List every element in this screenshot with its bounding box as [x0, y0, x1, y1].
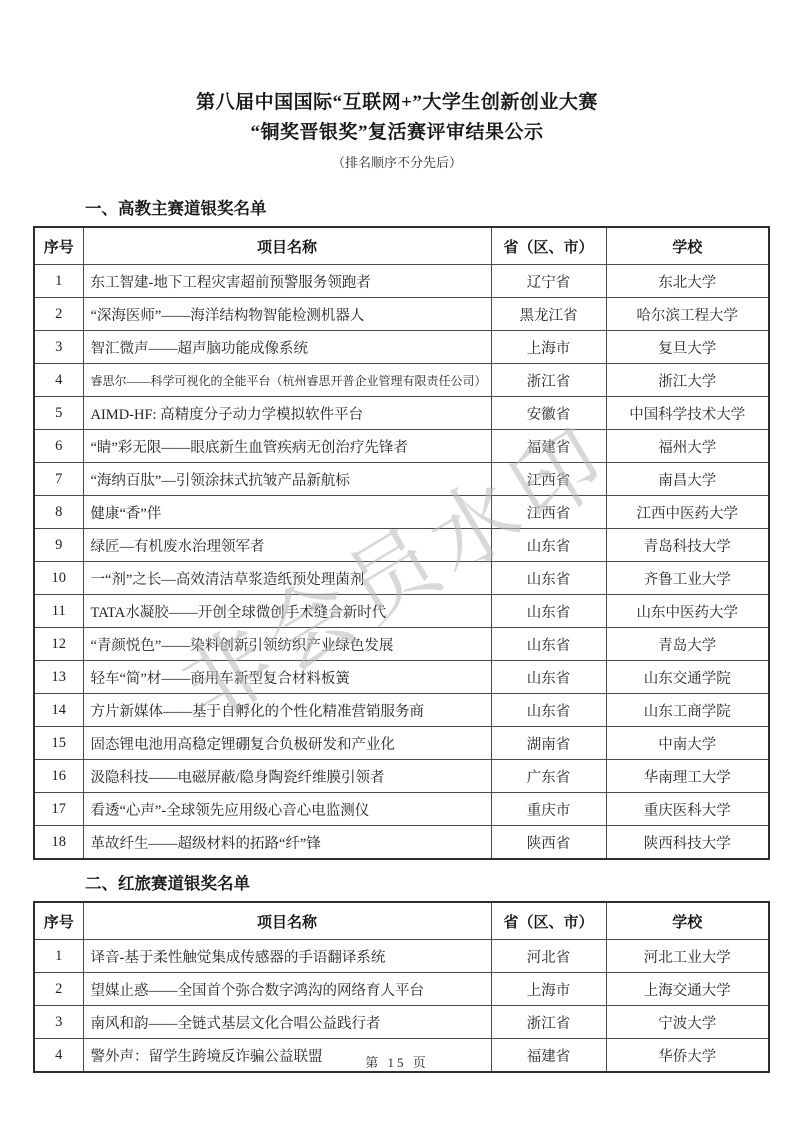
project-name-cell: 看透“心声”-全球领先应用级心音心电监测仪	[83, 793, 491, 826]
document-content: 一、高教主赛道银奖名单 序号 项目名称 省（区、市） 学校 1东工智建-地下工程…	[33, 198, 768, 1073]
table-row: 13轻车“简”材——商用车新型复合材料板簧山东省山东交通学院	[34, 661, 769, 694]
document-page: 非会员水印 第八届中国国际“互联网+”大学生创新创业大赛 “铜奖晋银奖”复活赛评…	[0, 0, 794, 1123]
table-row: 14方片新媒体——基于自孵化的个性化精准营销服务商山东省山东工商学院	[34, 694, 769, 727]
row-number-cell: 2	[34, 298, 83, 331]
province-cell: 湖南省	[491, 727, 606, 760]
row-number-cell: 8	[34, 496, 83, 529]
project-name-cell: 智汇微声——超声脑功能成像系统	[83, 331, 491, 364]
table-row: 1东工智建-地下工程灾害超前预警服务领跑者辽宁省东北大学	[34, 265, 769, 298]
table-row: 2“深海医师”——海洋结构物智能检测机器人黑龙江省哈尔滨工程大学	[34, 298, 769, 331]
row-number-cell: 15	[34, 727, 83, 760]
row-number-cell: 7	[34, 463, 83, 496]
province-cell: 黑龙江省	[491, 298, 606, 331]
table-row: 3智汇微声——超声脑功能成像系统上海市复旦大学	[34, 331, 769, 364]
school-cell: 宁波大学	[606, 1006, 769, 1039]
row-number-cell: 10	[34, 562, 83, 595]
school-cell: 陕西科技大学	[606, 826, 769, 860]
red-tour-track-silver-award-table: 序号 项目名称 省（区、市） 学校 1译音-基于柔性触觉集成传感器的手语翻译系统…	[33, 901, 770, 1073]
table-row: 1译音-基于柔性触觉集成传感器的手语翻译系统河北省河北工业大学	[34, 940, 769, 973]
column-header-project-name: 项目名称	[83, 227, 491, 265]
project-name-cell: “睛”彩无限——眼底新生血管疾病无创治疗先锋者	[83, 430, 491, 463]
document-title-line-2: “铜奖晋银奖”复活赛评审结果公示	[0, 118, 794, 148]
province-cell: 重庆市	[491, 793, 606, 826]
table-row: 8健康“香”伴江西省江西中医药大学	[34, 496, 769, 529]
row-number-cell: 1	[34, 265, 83, 298]
project-name-cell: 固态锂电池用高稳定锂硼复合负极研发和产业化	[83, 727, 491, 760]
column-header-province: 省（区、市）	[491, 902, 606, 940]
school-cell: 山东中医药大学	[606, 595, 769, 628]
province-cell: 福建省	[491, 430, 606, 463]
project-name-cell: “青颜悦色”——染料创新引领纺织产业绿色发展	[83, 628, 491, 661]
province-cell: 河北省	[491, 940, 606, 973]
project-name-cell: 一“剂”之长—高效清洁草浆造纸预处理菌剂	[83, 562, 491, 595]
document-title-line-1: 第八届中国国际“互联网+”大学生创新创业大赛	[0, 88, 794, 118]
table-header-row: 序号 项目名称 省（区、市） 学校	[34, 227, 769, 265]
school-cell: 重庆医科大学	[606, 793, 769, 826]
column-header-school: 学校	[606, 902, 769, 940]
table-row: 11TATA水凝胶——开创全球微创手术缝合新时代山东省山东中医药大学	[34, 595, 769, 628]
province-cell: 辽宁省	[491, 265, 606, 298]
school-cell: 浙江大学	[606, 364, 769, 397]
row-number-cell: 14	[34, 694, 83, 727]
column-header-index: 序号	[34, 902, 83, 940]
table-row: 17看透“心声”-全球领先应用级心音心电监测仪重庆市重庆医科大学	[34, 793, 769, 826]
column-header-index: 序号	[34, 227, 83, 265]
project-name-cell: AIMD-HF: 高精度分子动力学模拟软件平台	[83, 397, 491, 430]
province-cell: 江西省	[491, 496, 606, 529]
row-number-cell: 3	[34, 1006, 83, 1039]
school-cell: 华南理工大学	[606, 760, 769, 793]
project-name-cell: 轻车“简”材——商用车新型复合材料板簧	[83, 661, 491, 694]
column-header-project-name: 项目名称	[83, 902, 491, 940]
row-number-cell: 3	[34, 331, 83, 364]
school-cell: 中南大学	[606, 727, 769, 760]
table-row: 2望媒止惑——全国首个弥合数字鸿沟的网络育人平台上海市上海交通大学	[34, 973, 769, 1006]
row-number-cell: 9	[34, 529, 83, 562]
table-row: 4睿思尔——科学可视化的全能平台（杭州睿思开普企业管理有限责任公司）浙江省浙江大…	[34, 364, 769, 397]
table-row: 9绿匠—有机废水治理领军者山东省青岛科技大学	[34, 529, 769, 562]
province-cell: 山东省	[491, 529, 606, 562]
table-row: 7“海纳百肽”—引领涂抹式抗皱产品新航标江西省南昌大学	[34, 463, 769, 496]
table-row: 18革故纤生——超级材料的拓路“纤”锋陕西省陕西科技大学	[34, 826, 769, 860]
row-number-cell: 18	[34, 826, 83, 860]
page-number: 第 15 页	[0, 1052, 794, 1071]
row-number-cell: 12	[34, 628, 83, 661]
main-track-silver-award-table: 序号 项目名称 省（区、市） 学校 1东工智建-地下工程灾害超前预警服务领跑者辽…	[33, 226, 770, 860]
school-cell: 中国科学技术大学	[606, 397, 769, 430]
school-cell: 上海交通大学	[606, 973, 769, 1006]
table-row: 12“青颜悦色”——染料创新引领纺织产业绿色发展山东省青岛大学	[34, 628, 769, 661]
project-name-cell: 健康“香”伴	[83, 496, 491, 529]
table-row: 5AIMD-HF: 高精度分子动力学模拟软件平台安徽省中国科学技术大学	[34, 397, 769, 430]
table-row: 10一“剂”之长—高效清洁草浆造纸预处理菌剂山东省齐鲁工业大学	[34, 562, 769, 595]
province-cell: 安徽省	[491, 397, 606, 430]
project-name-cell: TATA水凝胶——开创全球微创手术缝合新时代	[83, 595, 491, 628]
section-heading-main-track: 一、高教主赛道银奖名单	[85, 198, 768, 220]
row-number-cell: 11	[34, 595, 83, 628]
table-header-row: 序号 项目名称 省（区、市） 学校	[34, 902, 769, 940]
school-cell: 江西中医药大学	[606, 496, 769, 529]
row-number-cell: 5	[34, 397, 83, 430]
table-row: 16汲隐科技——电磁屏蔽/隐身陶瓷纤维膜引领者广东省华南理工大学	[34, 760, 769, 793]
project-name-cell: 方片新媒体——基于自孵化的个性化精准营销服务商	[83, 694, 491, 727]
project-name-cell: “深海医师”——海洋结构物智能检测机器人	[83, 298, 491, 331]
school-cell: 齐鲁工业大学	[606, 562, 769, 595]
table-row: 3南风和韵——全链式基层文化合唱公益践行者浙江省宁波大学	[34, 1006, 769, 1039]
school-cell: 山东交通学院	[606, 661, 769, 694]
school-cell: 哈尔滨工程大学	[606, 298, 769, 331]
province-cell: 上海市	[491, 973, 606, 1006]
province-cell: 江西省	[491, 463, 606, 496]
project-name-cell: 南风和韵——全链式基层文化合唱公益践行者	[83, 1006, 491, 1039]
column-header-school: 学校	[606, 227, 769, 265]
province-cell: 山东省	[491, 661, 606, 694]
province-cell: 广东省	[491, 760, 606, 793]
title-block: 第八届中国国际“互联网+”大学生创新创业大赛 “铜奖晋银奖”复活赛评审结果公示 …	[0, 0, 794, 172]
province-cell: 山东省	[491, 562, 606, 595]
project-name-cell: “海纳百肽”—引领涂抹式抗皱产品新航标	[83, 463, 491, 496]
school-cell: 河北工业大学	[606, 940, 769, 973]
school-cell: 青岛科技大学	[606, 529, 769, 562]
table-row: 15固态锂电池用高稳定锂硼复合负极研发和产业化湖南省中南大学	[34, 727, 769, 760]
row-number-cell: 17	[34, 793, 83, 826]
section-heading-red-tour-track: 二、红旅赛道银奖名单	[85, 873, 768, 895]
school-cell: 青岛大学	[606, 628, 769, 661]
row-number-cell: 13	[34, 661, 83, 694]
row-number-cell: 16	[34, 760, 83, 793]
province-cell: 陕西省	[491, 826, 606, 860]
school-cell: 福州大学	[606, 430, 769, 463]
main-track-table-body: 1东工智建-地下工程灾害超前预警服务领跑者辽宁省东北大学2“深海医师”——海洋结…	[34, 265, 769, 860]
project-name-cell: 汲隐科技——电磁屏蔽/隐身陶瓷纤维膜引领者	[83, 760, 491, 793]
province-cell: 浙江省	[491, 364, 606, 397]
row-number-cell: 4	[34, 364, 83, 397]
row-number-cell: 2	[34, 973, 83, 1006]
document-subtitle: （排名顺序不分先后）	[0, 154, 794, 172]
row-number-cell: 1	[34, 940, 83, 973]
province-cell: 山东省	[491, 628, 606, 661]
project-name-cell: 睿思尔——科学可视化的全能平台（杭州睿思开普企业管理有限责任公司）	[83, 364, 491, 397]
project-name-cell: 望媒止惑——全国首个弥合数字鸿沟的网络育人平台	[83, 973, 491, 1006]
province-cell: 浙江省	[491, 1006, 606, 1039]
table-row: 6“睛”彩无限——眼底新生血管疾病无创治疗先锋者福建省福州大学	[34, 430, 769, 463]
column-header-province: 省（区、市）	[491, 227, 606, 265]
school-cell: 东北大学	[606, 265, 769, 298]
project-name-cell: 革故纤生——超级材料的拓路“纤”锋	[83, 826, 491, 860]
school-cell: 复旦大学	[606, 331, 769, 364]
province-cell: 山东省	[491, 694, 606, 727]
school-cell: 南昌大学	[606, 463, 769, 496]
project-name-cell: 东工智建-地下工程灾害超前预警服务领跑者	[83, 265, 491, 298]
school-cell: 山东工商学院	[606, 694, 769, 727]
province-cell: 山东省	[491, 595, 606, 628]
row-number-cell: 6	[34, 430, 83, 463]
project-name-cell: 译音-基于柔性触觉集成传感器的手语翻译系统	[83, 940, 491, 973]
province-cell: 上海市	[491, 331, 606, 364]
project-name-cell: 绿匠—有机废水治理领军者	[83, 529, 491, 562]
